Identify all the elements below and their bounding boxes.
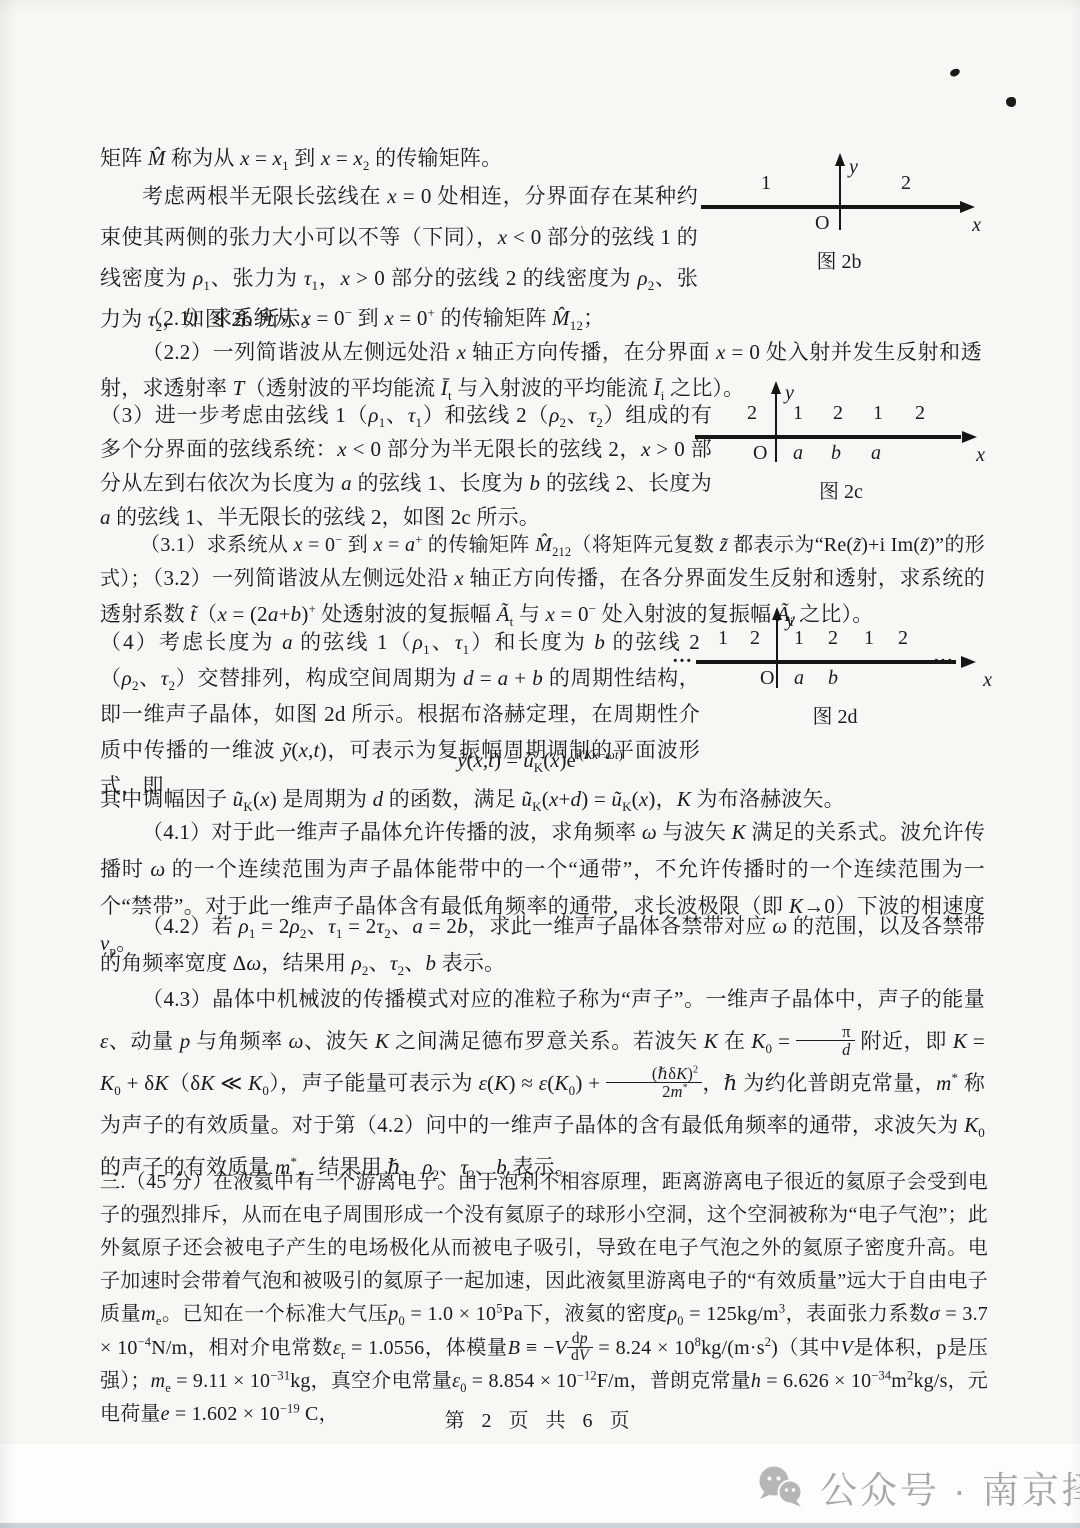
segment-label: 2 [828, 628, 838, 648]
segment-label: 1 [761, 173, 771, 193]
watermark-band: 公众号 · 南京择校 [0, 1444, 1080, 1523]
length-label: b [828, 668, 838, 688]
origin-label: O [753, 443, 767, 463]
y-axis-arrow [771, 381, 781, 394]
para-bloch-note: 其中调幅因子 ũK(x) 是周期为 d 的函数，满足 ũK(x+d) = ũK(… [100, 782, 985, 816]
string-line [696, 660, 956, 664]
figure-caption: 图 2b [693, 245, 985, 274]
y-axis-label: y [849, 157, 858, 177]
length-label: b [831, 443, 841, 463]
string-line [701, 205, 961, 209]
origin-label: O [815, 213, 829, 233]
y-axis [839, 164, 841, 230]
x-axis-arrow [960, 201, 975, 213]
item-2-1: （2.1）求系统从 x = 0− 到 x = 0+ 的传输矩阵 M̂12； [100, 300, 982, 336]
x-axis-label: x [972, 215, 981, 235]
segment-label: 2 [747, 403, 757, 423]
item-4-3: （4.3）晶体中机械波的传播模式对应的准粒子称为“声子”。一维声子晶体中，声子的… [100, 978, 985, 1188]
ellipsis-left: … [672, 646, 693, 666]
x-axis-label: x [983, 670, 992, 690]
y-axis-arrow [835, 153, 845, 166]
origin-label: O [760, 668, 774, 688]
segment-label: 2 [901, 173, 911, 193]
length-label: a [794, 668, 804, 688]
y-axis-arrow [772, 607, 782, 620]
x-axis-arrow [962, 431, 977, 443]
ink-speck [949, 67, 961, 78]
page-number: 第 2 页 共 6 页 [0, 1404, 1080, 1433]
segment-label: 1 [794, 628, 804, 648]
watermark-text: 公众号 · 南京择校 [820, 1460, 1080, 1514]
x-axis-arrow [961, 656, 976, 668]
length-label: a [871, 443, 881, 463]
x-axis-label: x [976, 445, 985, 465]
ink-speck [1006, 97, 1016, 107]
segment-label: 1 [718, 628, 728, 648]
y-axis [775, 392, 777, 462]
segment-label: 2 [750, 628, 760, 648]
y-axis [776, 618, 778, 688]
para-item-3: （3）进一步考虑由弦线 1（ρ1、τ1）和弦线 2（ρ2、τ2）组成的有多个分界… [100, 398, 712, 534]
y-axis-label: y [785, 383, 794, 403]
bloch-wave-formula: ỹ(x,t) = ũK(x)ei(Kx−ωt) [0, 748, 1080, 773]
string-line [695, 435, 961, 439]
watermark: 公众号 · 南京择校 [756, 1460, 1080, 1514]
figure-caption: 图 2c [691, 475, 991, 504]
segment-label: 2 [833, 403, 843, 423]
figure-2c: y 2 1 2 1 2 O a b a x 图 2c [691, 383, 991, 507]
item-4-2: （4.2）若 ρ1 = 2ρ2、τ1 = 2τ2、a = 2b，求此一维声子晶体… [100, 908, 985, 982]
figure-2d: … … y 1 2 1 2 1 2 O a b x 图 2d [670, 610, 1000, 730]
segment-label: 2 [898, 628, 908, 648]
segment-label: 1 [864, 628, 874, 648]
para-problem3: 三.（45 分）在液氦中有一个游离电子。由于泡利不相容原理，距离游离电子很近的氦… [100, 1166, 988, 1431]
segment-label: 1 [793, 403, 803, 423]
para-item-4: （4）考虑长度为 a 的弦线 1（ρ1、τ1）和长度为 b 的弦线 2（ρ2、τ… [100, 624, 700, 804]
page-bottom-edge [0, 1523, 1080, 1528]
length-label: a [793, 443, 803, 463]
segment-label: 1 [873, 403, 883, 423]
segment-label: 2 [915, 403, 925, 423]
exam-page: 矩阵 M̂ 称为从 x = x1 到 x = x2 的传输矩阵。 考虑两根半无限… [0, 0, 1080, 1528]
figure-2b: y 1 2 O x 图 2b [693, 155, 985, 277]
figure-caption: 图 2d [670, 700, 1000, 729]
ellipsis-right: … [933, 646, 954, 666]
wechat-icon [756, 1465, 806, 1509]
